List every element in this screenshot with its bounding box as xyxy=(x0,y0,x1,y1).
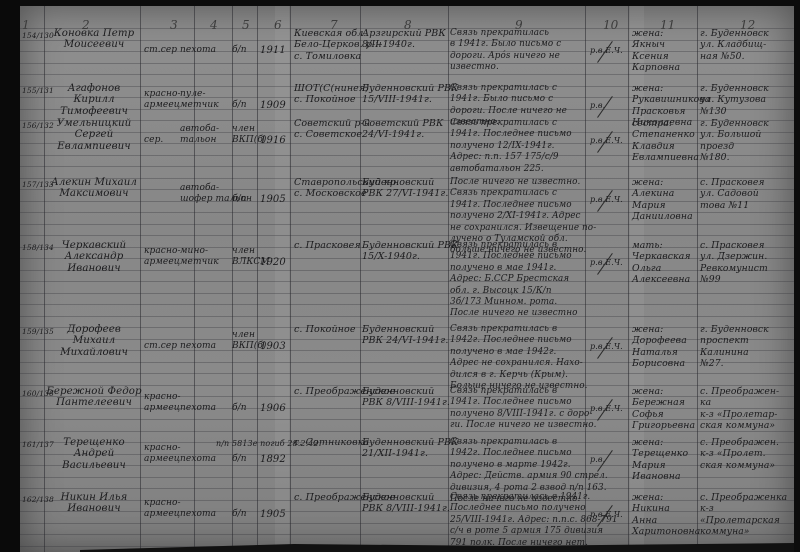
party-status: б/п xyxy=(232,454,247,465)
column-number: 4 xyxy=(210,18,218,32)
birth-year: 1909 xyxy=(260,100,286,111)
birth-year: 1903 xyxy=(260,341,286,352)
ruled-line xyxy=(20,235,794,236)
rank: ст.сер xyxy=(144,341,177,352)
fate-notes: Связь прекратилась в 1941г. Последнее пи… xyxy=(450,492,618,549)
next-of-kin: жена: Терещенко Мария Ивановна xyxy=(632,437,688,483)
birth-year: 1920 xyxy=(260,257,286,268)
rank: красно- армеец xyxy=(144,443,181,466)
birthplace: Советский р-н с. Советское xyxy=(294,118,370,141)
draft-office: Буденновский РВК 15/VIII-1941г. xyxy=(362,83,458,106)
family-address: с. Преображенка к-з «Пролетарская коммун… xyxy=(700,492,787,538)
family-address: с. Преображен. к-з «Пролет. ская коммуна… xyxy=(700,437,779,471)
column-number: 10 xyxy=(603,18,618,32)
draft-office: Советский РВК 24/VI-1941г. xyxy=(362,118,443,141)
party-status: б/п xyxy=(232,45,247,56)
soldier-name: Никин Илья Иванович xyxy=(46,492,142,515)
ruled-line xyxy=(20,74,794,75)
column-number: 3 xyxy=(170,18,178,32)
fate-notes: Связь прекратилась в 1941г. Последнее пи… xyxy=(450,386,597,432)
birth-year: 1905 xyxy=(260,194,286,205)
page-edge-shadow xyxy=(0,0,20,552)
soldier-name: Дорофеев Михаил Михайлович xyxy=(46,324,142,358)
draft-office: Буденновский РВК 27/VI-1941г. xyxy=(362,177,448,200)
unit-role: пехота xyxy=(180,45,216,56)
next-of-kin: мать: Черкавская Ольга Алексеевна xyxy=(632,240,691,286)
family-address: г. Буденновск ул. Кладбищ- ная №50. xyxy=(700,28,769,62)
draft-office: Буденновский РВК 8/VIII-1941г. xyxy=(362,492,450,515)
party-status: б/п xyxy=(232,403,247,414)
next-of-kin: жена: Якныч Ксения Карповна xyxy=(632,28,680,74)
ruled-line xyxy=(20,373,794,374)
ruled-line xyxy=(20,293,794,294)
unit-role: автоба- тальон xyxy=(180,124,219,147)
rank: красно- армеец xyxy=(144,498,181,521)
rank: красно- армеец xyxy=(144,246,181,269)
next-of-kin: сестра: Степаненко Клавдия Евлампиевна xyxy=(632,118,699,164)
party-status: б/п xyxy=(232,509,247,520)
fate-notes: Связь прекратилась с 1941г. Последнее пи… xyxy=(450,118,572,175)
rank: сер. xyxy=(144,135,163,146)
next-of-kin: жена: Алекина Мария Данииловна xyxy=(632,177,693,223)
unit-role: мино- метчик xyxy=(180,246,219,269)
unit-role: пехота xyxy=(180,509,216,520)
family-address: г. Буденновск ул. Кутузова №130 xyxy=(700,83,769,117)
birth-year: 1906 xyxy=(260,403,286,414)
unit-role: пехота xyxy=(180,403,216,414)
soldier-name: Бережной Федор Пантелеевич xyxy=(46,386,142,409)
ruled-line xyxy=(20,166,794,167)
paper-fold xyxy=(275,6,289,552)
rank: красно- армеец xyxy=(144,89,181,112)
column-divider xyxy=(232,6,233,552)
soldier-name: Агафонов Кирилл Тимофеевич xyxy=(46,83,142,117)
soldier-name: Умельницкий Сергей Евлампиевич xyxy=(46,118,142,152)
unit-role: пехота xyxy=(180,454,216,465)
family-address: с. Прасковея ул. Садовой това №11 xyxy=(700,177,765,211)
birth-year: 1916 xyxy=(260,135,286,146)
soldier-name: Коновка Петр Моисеевич xyxy=(46,28,142,51)
birth-year: 1911 xyxy=(260,45,286,56)
family-address: с. Преображен- ка к-з «Пролетар- ская ко… xyxy=(700,386,779,432)
side-note: п/п 5813е погиб 28.2.42. xyxy=(216,438,321,449)
birthplace: ШОТ(С(нинея) с. Покойное xyxy=(294,83,369,106)
family-address: г. Буденновск проспект Калинина №27. xyxy=(700,324,769,370)
birthplace: с. Прасковея xyxy=(294,240,361,251)
soldier-name: Терещенко Андрей Васильевич xyxy=(46,437,142,471)
soldier-name: Черкавский Александр Иванович xyxy=(46,240,142,274)
next-of-kin: жена: Дорофеева Наталья Борисовна xyxy=(632,324,687,370)
fate-notes: Связь прекратилась в 1941г. Было письмо … xyxy=(450,28,561,74)
party-status: б/п xyxy=(232,194,247,205)
column-number: 6 xyxy=(274,18,282,32)
column-number: 5 xyxy=(242,18,250,32)
ruled-line xyxy=(20,316,794,317)
column-divider xyxy=(290,6,291,552)
column-divider xyxy=(628,6,629,552)
draft-office: Буденновский РВК 24/VI-1941г. xyxy=(362,324,448,347)
family-address: г. Буденновск ул. Большой проезд №180. xyxy=(700,118,769,164)
unit-role: пуле- метчик xyxy=(180,89,219,112)
fate-notes: Связь прекратилась в 1941г. Последнее пи… xyxy=(450,240,578,320)
party-status: б/п xyxy=(232,100,247,111)
next-of-kin: жена: Бережная Софья Григорьевна xyxy=(632,386,695,432)
draft-office: Буденновский РВК 8/VIII-1941г. xyxy=(362,386,450,409)
draft-office: Буденновский РВК 15/X-1940г. xyxy=(362,240,458,263)
ruled-line xyxy=(20,488,794,489)
ruled-line xyxy=(20,224,794,225)
column-divider xyxy=(194,6,195,552)
torn-edge xyxy=(80,542,794,552)
soldier-name: Алекин Михаил Максимович xyxy=(46,177,142,200)
column-divider xyxy=(257,6,258,552)
rank: ст.сер xyxy=(144,45,177,56)
birth-year: 1892 xyxy=(260,454,286,465)
ruled-line xyxy=(20,304,794,305)
next-of-kin: жена: Никина Анна Харитоновна xyxy=(632,492,700,538)
birth-year: 1905 xyxy=(260,509,286,520)
draft-office: Буденновский РВК 21/XII-1941г. xyxy=(362,437,458,460)
rank: красно- армеец xyxy=(144,392,181,415)
birthplace: с. Покойное xyxy=(294,324,356,335)
ledger-sheet: 123456789101112 154/130Коновка Петр Моис… xyxy=(20,6,794,552)
family-address: с. Прасковея ул. Дзержин. Ревкомунист №9… xyxy=(700,240,768,286)
draft-office: Арзгирский РВК 8/II-1940г. xyxy=(362,28,446,51)
unit-role: пехота xyxy=(180,341,216,352)
fate-notes: Связь прекратилась в 1942г. Последнее пи… xyxy=(450,324,588,392)
